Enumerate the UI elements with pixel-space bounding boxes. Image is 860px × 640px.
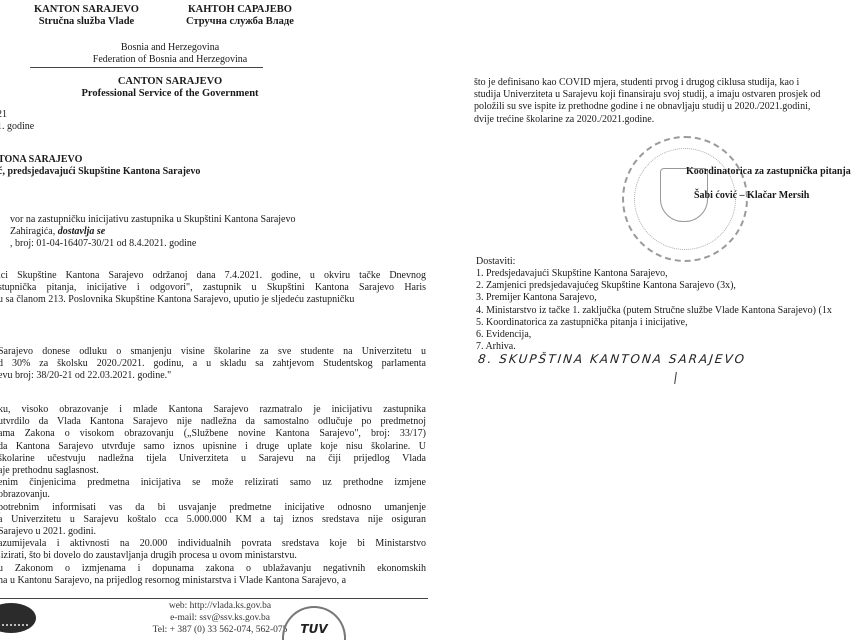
header-english: CANTON SARAJEVO Professional Service of … xyxy=(60,76,280,100)
addressee: TONA SARAJEVO ć, predsjedavajući Skupšti… xyxy=(0,154,200,178)
signature-title: Koordinatorica za zastupnička pitanja xyxy=(686,166,851,178)
handwritten-note: 8. SKUPŠTINA KANTONA SARAJEVO xyxy=(477,352,747,366)
footer-phone: Tel: + 387 (0) 33 562-074, 562-075 xyxy=(140,624,300,636)
header-english-subtitle: Professional Service of the Government xyxy=(60,88,280,100)
paragraph-line: u sa članom 213. Poslovnika Skupštine Ka… xyxy=(0,294,426,306)
document-page-right: što je definisano kao COVID mjera, stude… xyxy=(440,0,860,640)
distribution-item: 6. Evidencija, xyxy=(476,329,832,341)
distribution-item: 4. Ministarstvo iz tačke 1. zaključka (p… xyxy=(476,305,832,317)
paragraph-line: stupnička pitanja, inicijative i odgovor… xyxy=(0,282,426,294)
government-crest-logo xyxy=(0,603,36,633)
paragraph-line: potrebnim informisati vas da bi usvajanj… xyxy=(0,502,426,514)
header-cyrillic-title: КАНТОН САРАЈЕВО xyxy=(186,4,294,16)
paragraph-line: ici Skupštine Kantona Sarajevo održanoj … xyxy=(0,270,426,282)
paragraph-line: Sarajevo donese odluku o smanjenju visin… xyxy=(0,346,426,358)
header-country-line: Federation of Bosnia and Herzegovina xyxy=(60,54,280,66)
header-country: Bosnia and Herzegovina Federation of Bos… xyxy=(60,42,280,66)
paragraph-line: azumijevala i aktivnosti na 20.000 indiv… xyxy=(0,538,426,550)
paragraph-line: d 30% za školsku 2020./2021. godinu, a u… xyxy=(0,358,426,370)
subject-line: vor na zastupničku inicijativu zastupnik… xyxy=(10,214,296,226)
distribution-label: Dostaviti: xyxy=(476,256,515,268)
paragraph-line: u Zakonom o izmjenama i dopunama zakona … xyxy=(0,563,426,575)
addressee-line: TONA SARAJEVO xyxy=(0,154,200,166)
initiative-quote: Sarajevo donese odluku o smanjenju visin… xyxy=(0,346,426,383)
subject-line: , broj: 01-04-16407-30/21 od 8.4.2021. g… xyxy=(10,238,296,250)
paragraph-line: obrazovanju. xyxy=(0,489,426,501)
intro-paragraph: ici Skupštine Kantona Sarajevo održanoj … xyxy=(0,270,426,307)
document-meta: 21 1. godine xyxy=(0,109,34,133)
paragraph-line: školarine učestvuju nadležna tijela Univ… xyxy=(0,453,426,465)
header-latin-title: KANTON SARAJEVO xyxy=(34,4,139,16)
header-latin-subtitle: Stručna služba Vlade xyxy=(34,16,139,28)
header-divider xyxy=(30,67,263,68)
distribution-item: 1. Predsjedavajući Skupštine Kantona Sar… xyxy=(476,268,832,280)
document-date: 1. godine xyxy=(0,121,34,133)
footer-web-link[interactable]: web: http://vlada.ks.gov.ba xyxy=(140,600,300,612)
header-english-title: CANTON SARAJEVO xyxy=(60,76,280,88)
distribution-item: 3. Premijer Kantona Sarajevo, xyxy=(476,292,832,304)
answer-paragraph: ku, visoko obrazovanje i mlade Kantona S… xyxy=(0,404,426,587)
paragraph-line: a Univerzitetu u Sarajevu koštalo cca 5.… xyxy=(0,514,426,526)
distribution-list: 1. Predsjedavajući Skupštine Kantona Sar… xyxy=(476,268,832,353)
paragraph-line: Sarajevo u 2021. godini. xyxy=(0,526,426,538)
subject-emphasis: dostavlja se xyxy=(58,226,106,237)
header-latin: KANTON SARAJEVO Stručna služba Vlade xyxy=(34,4,139,28)
continuation-paragraph: što je definisano kao COVID mjera, stude… xyxy=(474,77,860,126)
paragraph-line: aje prethodnu saglasnost. xyxy=(0,465,426,477)
distribution-item: 2. Zamjenici predsjedavajućeg Skupštine … xyxy=(476,280,832,292)
distribution-item: 5. Koordinatorica za zastupnička pitanja… xyxy=(476,317,832,329)
header-country-line: Bosnia and Herzegovina xyxy=(60,42,280,54)
addressee-line: ć, predsjedavajući Skupštine Kantona Sar… xyxy=(0,166,200,178)
paragraph-line: na u Kantonu Sarajevo, na prijedlog reso… xyxy=(0,575,426,587)
header-cyrillic: КАНТОН САРАЈЕВО Стручна служба Владе xyxy=(186,4,294,28)
tuv-logo-text: TUV xyxy=(300,622,327,636)
subject: vor na zastupničku inicijativu zastupnik… xyxy=(10,214,296,251)
document-number: 21 xyxy=(0,109,34,121)
subject-line: Zahiragića, dostavlja se xyxy=(10,226,296,238)
paragraph-line: ama Zakona o visokom obrazovanju („Služb… xyxy=(0,428,426,440)
paragraph-line: enim činjenicima predmetna inicijativa s… xyxy=(0,477,426,489)
footer-contact: web: http://vlada.ks.gov.ba e-mail: ssv@… xyxy=(140,600,300,636)
signature-name: Šabi ćović – Klačar Mersih xyxy=(694,190,809,202)
paragraph-line: položili su sve ispite iz prethodne godi… xyxy=(474,101,860,113)
paragraph-line: da Kantona Sarajevo utvrđuje samo iznos … xyxy=(0,441,426,453)
footer-email-link[interactable]: e-mail: ssv@ssv.ks.gov.ba xyxy=(140,612,300,624)
paragraph-line: evu broj: 38/20-21 od 22.03.2021. godine… xyxy=(0,370,426,382)
paragraph-line: ku, visoko obrazovanje i mlade Kantona S… xyxy=(0,404,426,416)
paragraph-line: što je definisano kao COVID mjera, stude… xyxy=(474,77,860,89)
paragraph-line: lizirati, što bi dovelo do zaustavljanja… xyxy=(0,550,426,562)
document-page-left: KANTON SARAJEVO Stručna služba Vlade КАН… xyxy=(0,0,440,640)
paragraph-line: utvrdilo da Vlada Kantona Sarajevo nije … xyxy=(0,416,426,428)
header-cyrillic-subtitle: Стручна служба Владе xyxy=(186,16,294,28)
footer-divider xyxy=(0,598,428,599)
handwritten-mark xyxy=(674,372,677,384)
paragraph-line: studija Univerziteta u Sarajevu koji fin… xyxy=(474,89,860,101)
paragraph-line: dvije trećine školarine za 2020./2021.go… xyxy=(474,114,860,126)
